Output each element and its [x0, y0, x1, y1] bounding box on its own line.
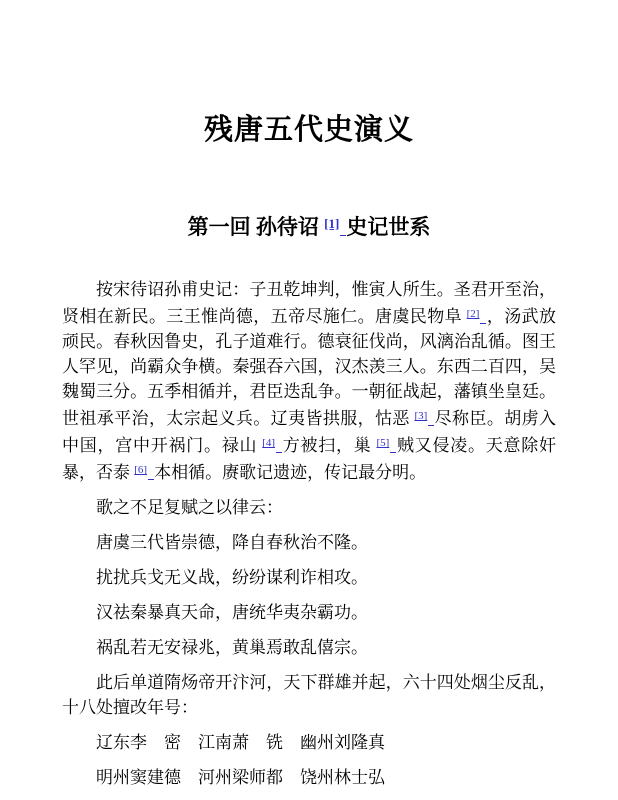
paragraph-text: 方被扫，巢 [282, 436, 376, 455]
footnote-marker: [3] [414, 410, 427, 422]
footnote-marker: [6] [134, 464, 147, 476]
verse-line-4: 祸乱若无安禄兆，黄巢焉敢乱僖宗。 [62, 635, 556, 660]
footnote-marker: [4] [262, 437, 275, 449]
paragraph-text: 本相循。赓歌记遗迹，传记最分明。 [154, 463, 426, 482]
footnote-link-3[interactable]: [3] [414, 409, 434, 428]
book-title: 残唐五代史演义 [62, 110, 556, 150]
chapter-heading-suffix: 史记世系 [346, 215, 430, 239]
verse-line-2: 扰扰兵戈无义战，纷纷谋利诈相攻。 [62, 565, 556, 590]
footnote-marker: [2] [467, 308, 480, 320]
verse-intro: 歌之不足复赋之以律云： [62, 495, 556, 520]
footnote-link-4[interactable]: [4] [262, 436, 282, 455]
chapter-content: 按宋待诏孙甫史记：子丑乾坤判，惟寅人所生。圣君开至治，贤相在新民。三王惟尚德，五… [62, 277, 556, 790]
chapter-heading-prefix: 第一回 孙待诏 [188, 215, 325, 239]
footnote-link-6[interactable]: [6] [134, 463, 154, 482]
verse-line-1: 唐虞三代皆崇德，降自春秋治不隆。 [62, 530, 556, 555]
chapter-heading: 第一回 孙待诏 [1]史记世系 [62, 210, 556, 241]
rebels-row-1: 辽东李 密 江南萧 铣 幽州刘隆真 [62, 730, 556, 755]
footnote-link-5[interactable]: [5] [376, 436, 396, 455]
page: 残唐五代史演义 第一回 孙待诏 [1]史记世系 按宋待诏孙甫史记：子丑乾坤判，惟… [0, 0, 618, 800]
footnote-link-1[interactable]: [1] [324, 215, 346, 239]
opening-paragraph: 按宋待诏孙甫史记：子丑乾坤判，惟寅人所生。圣君开至治，贤相在新民。三王惟尚德，五… [62, 277, 556, 485]
footnote-link-2[interactable]: [2] [467, 307, 487, 326]
document-page: { "page": { "title": "残唐五代史演义" }, "headi… [0, 0, 618, 800]
narration-paragraph: 此后单道隋炀帝开汴河，天下群雄并起，六十四处烟尘反乱，十八处擅改年号： [62, 670, 556, 720]
rebels-row-2: 明州窦建德 河州梁师都 饶州林士弘 [62, 765, 556, 790]
footnote-marker: [5] [376, 437, 389, 449]
footnote-marker: [1] [324, 216, 339, 231]
verse-line-3: 汉祛秦暴真天命，唐统华夷杂霸功。 [62, 600, 556, 625]
